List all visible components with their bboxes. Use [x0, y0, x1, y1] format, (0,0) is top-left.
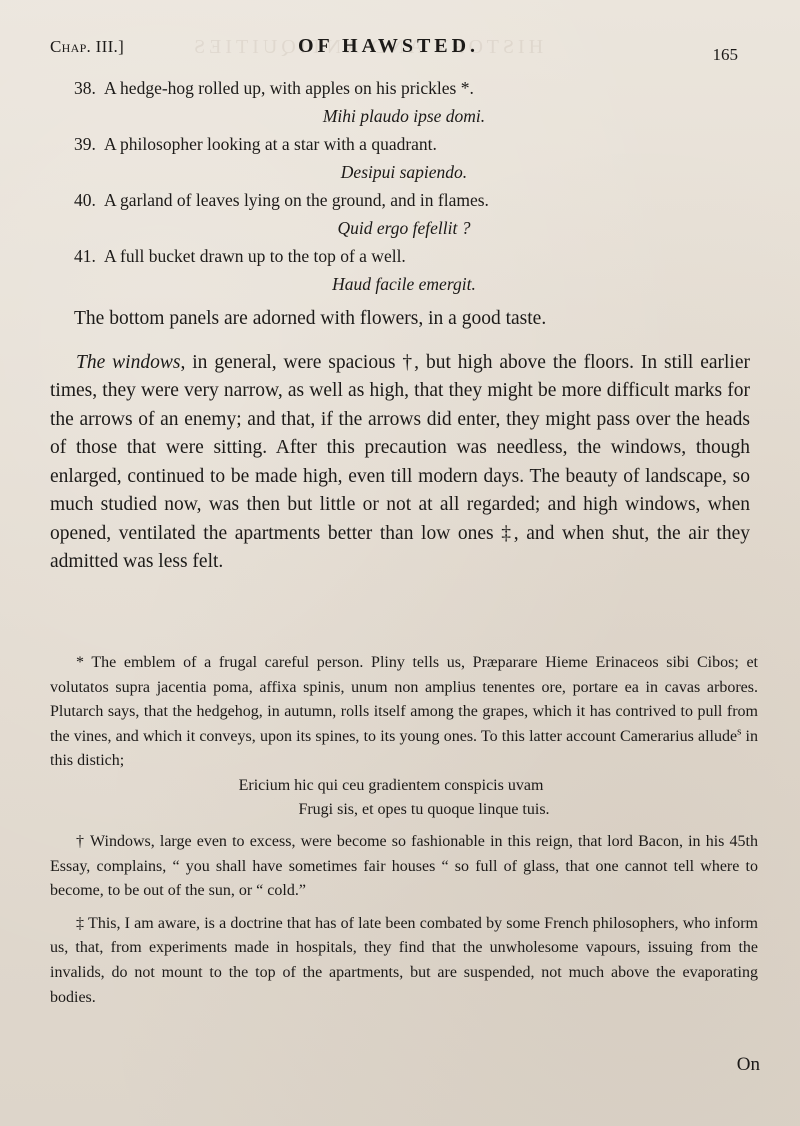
footnote-double-dagger: ‡ This, I am aware, is a doctrine that h…	[50, 912, 758, 1010]
item-motto: Mihi plaudo ipse domi.	[74, 102, 694, 130]
paragraph-text: , in general, were spacious †, but high …	[50, 352, 750, 573]
emblem-item: 38.A hedge-hog rolled up, with apples on…	[74, 74, 694, 130]
emblem-item: 41.A full bucket drawn up to the top of …	[74, 242, 694, 298]
item-number: 39.	[74, 130, 104, 158]
emblem-item: 40.A garland of leaves lying on the grou…	[74, 186, 694, 242]
emblem-list: 38.A hedge-hog rolled up, with apples on…	[74, 74, 694, 298]
body-text: The bottom panels are adorned with flowe…	[50, 305, 750, 577]
page-number: 165	[713, 45, 739, 65]
footnote-star: * The emblem of a frugal careful person.…	[50, 651, 758, 774]
item-text: A philosopher looking at a star with a q…	[104, 134, 437, 154]
verse-line: Ericium hic qui ceu gradientem conspicis…	[50, 774, 758, 798]
item-motto: Desipui sapiendo.	[74, 158, 694, 186]
book-page: HISTORY AND ANTIQUITIES Chap. III.] OF H…	[0, 0, 800, 1126]
item-text: A hedge-hog rolled up, with apples on hi…	[104, 78, 474, 98]
footnotes: * The emblem of a frugal careful person.…	[50, 651, 758, 1010]
running-title: OF HAWSTED.	[298, 35, 479, 58]
paragraph-panels: The bottom panels are adorned with flowe…	[50, 305, 750, 334]
chapter-label: Chap. III.]	[50, 37, 124, 57]
running-header: Chap. III.] OF HAWSTED. 165	[50, 33, 738, 59]
footnote-text: * The emblem of a frugal careful person.…	[50, 654, 758, 745]
paragraph-windows: The windows, in general, were spacious †…	[50, 349, 750, 577]
italic-lead: The windows	[76, 352, 180, 373]
item-number: 40.	[74, 186, 104, 214]
item-text: A full bucket drawn up to the top of a w…	[104, 246, 406, 266]
item-number: 38.	[74, 74, 104, 102]
verse-line: Frugi sis, et opes tu quoque linque tuis…	[50, 798, 758, 822]
catchword: On	[737, 1054, 760, 1076]
item-motto: Quid ergo fefellit ?	[74, 214, 694, 242]
footnote-dagger: † Windows, large even to excess, were be…	[50, 830, 758, 904]
item-text: A garland of leaves lying on the ground,…	[104, 190, 489, 210]
item-number: 41.	[74, 242, 104, 270]
emblem-item: 39.A philosopher looking at a star with …	[74, 130, 694, 186]
item-motto: Haud facile emergit.	[74, 270, 694, 298]
